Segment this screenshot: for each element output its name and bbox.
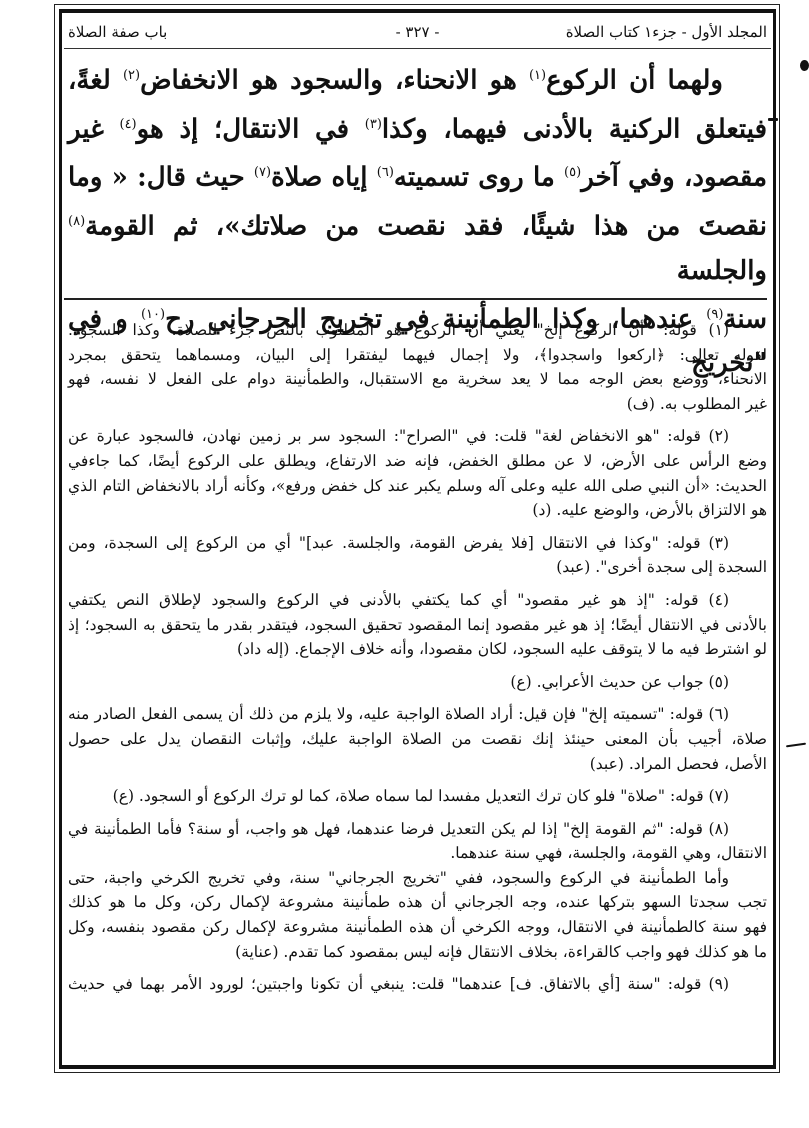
footnote-line: الحديث: «أن النبي صلى الله عليه وعلى آله… xyxy=(68,474,767,499)
footnote-line: (٤) قوله: "إذ هو غير مقصود" أي كما يكتفي… xyxy=(68,588,767,613)
footnote-marker[interactable]: (٥) xyxy=(564,165,581,180)
footnote-marker[interactable]: (٦) xyxy=(377,165,394,180)
footnote-line: لقوله تعالى: ﴿اركعوا واسجدوا﴾، ولا إجمال… xyxy=(68,343,767,368)
footnote-line: (٥) جواب عن حديث الأعرابي. (ع) xyxy=(68,670,767,695)
footnote-line: الانتقال، وهي القومة، والجلسة، فهي سنة ع… xyxy=(68,841,767,866)
header-divider xyxy=(64,48,771,49)
main-text-segment: إياه صلاة xyxy=(271,163,377,193)
main-text-segment: غير xyxy=(68,114,119,144)
footnote-marker[interactable]: (١) xyxy=(529,68,546,83)
main-text-line: ولهما أن الركوع(١) هو الانحناء، والسجود … xyxy=(68,54,767,103)
footnote-line: صلاة، أجيب بأن المعنى حينئذ إنك نقصت من … xyxy=(68,727,767,752)
footnote-marker[interactable]: (٧) xyxy=(254,165,271,180)
footnote-line: ما هو كذلك فهو واجب كالقراءة، بخلاف الان… xyxy=(68,940,767,965)
main-text-segment: هو الانحناء، والسجود هو الانخفاض xyxy=(140,66,529,96)
main-text-segment: لغةً، xyxy=(68,66,123,96)
footnote-line: (٣) قوله: "وكذا في الانتقال [فلا يفرض ال… xyxy=(68,531,767,556)
scan-artifact xyxy=(800,60,809,71)
footnotes-section: (١) قوله: "أن الركوع إلخ" يعني أن الركوع… xyxy=(68,318,767,1005)
footnote-line: فهو سنة كالطمأنينة في الانتقال، ووجه الك… xyxy=(68,915,767,940)
footnote: (٣) قوله: "وكذا في الانتقال [فلا يفرض ال… xyxy=(68,531,767,580)
footnote-line: غير المطلوب به. (ف) xyxy=(68,392,767,417)
scan-artifact xyxy=(786,743,806,748)
footnote: (٩) قوله: "سنة [أي بالاتفاق. ف] عندهما" … xyxy=(68,972,767,997)
main-text-line: نقصتَ من هذا شيئًا، فقد نقصت من صلاتك»، … xyxy=(68,200,767,293)
footnote-separator xyxy=(64,298,767,300)
footnote: (٤) قوله: "إذ هو غير مقصود" أي كما يكتفي… xyxy=(68,588,767,662)
main-text-segment: ولهما أن الركوع xyxy=(546,66,723,96)
footnote-line: وضع الرأس على الأرض، لا عن مطلق الخفض، ف… xyxy=(68,449,767,474)
footnote-line: هو الالتزاق بالأرض، والوضع عليه. (د) xyxy=(68,498,767,523)
footnote-line: لو اشترط فيه ما لا يتوقف عليه السجود، لك… xyxy=(68,637,767,662)
footnote-line: (٦) قوله: "تسميته إلخ" فإن قيل: أراد الص… xyxy=(68,702,767,727)
footnote-line: (١) قوله: "أن الركوع إلخ" يعني أن الركوع… xyxy=(68,318,767,343)
footnote: (٨) قوله: "ثم القومة إلخ" إذا لم يكن الت… xyxy=(68,817,767,866)
main-text-segment: في الانتقال؛ إذ هو xyxy=(137,114,365,144)
footnote-line: تجب سجدتا السهو بتركها عنده، وجه الجرجان… xyxy=(68,890,767,915)
running-header: المجلد الأول - جزء١ كتاب الصلاة - ٣٢٧ - … xyxy=(64,20,771,44)
footnote-line: (٩) قوله: "سنة [أي بالاتفاق. ف] عندهما" … xyxy=(68,972,767,997)
scan-artifact xyxy=(768,118,778,121)
footnote-marker[interactable]: (٣) xyxy=(365,117,382,132)
main-text-segment: حيث قال: « وما xyxy=(68,163,254,193)
footnote-marker[interactable]: (٢) xyxy=(123,68,140,83)
main-text-segment: نقصتَ من هذا شيئًا، فقد نقصت من صلاتك»، … xyxy=(85,212,767,242)
footnote: وأما الطمأنينة في الركوع والسجود، ففي "ت… xyxy=(68,866,767,964)
main-text-segment: والجلسة xyxy=(677,256,767,286)
footnote-line: الانحناء، ووضع بعض الوجه مما لا يعد سخري… xyxy=(68,367,767,392)
footnote-line: بالأدنى في الانتقال أيضًا؛ إذ هو غير مقص… xyxy=(68,613,767,638)
footnote: (٢) قوله: "هو الانخفاض لغة" قلت: في "الص… xyxy=(68,424,767,522)
footnote-line: الأصل، فحصل المراد. (عبد) xyxy=(68,752,767,777)
footnote-marker[interactable]: (٨) xyxy=(68,214,85,229)
main-text-segment: ما روى تسميته xyxy=(394,163,564,193)
book-page: المجلد الأول - جزء١ كتاب الصلاة - ٣٢٧ - … xyxy=(64,14,771,1064)
main-text-segment: مقصود، وفي آخر xyxy=(581,163,767,193)
footnote-marker[interactable]: (٤) xyxy=(119,117,136,132)
main-text-segment: فيتعلق الركنية بالأدنى فيهما، وكذا xyxy=(382,114,767,144)
footnote-line: (٨) قوله: "ثم القومة إلخ" إذا لم يكن الت… xyxy=(68,817,767,842)
footnote-line: (٧) قوله: "صلاة" فلو كان ترك التعديل مفس… xyxy=(68,784,767,809)
footnote-line: السجدة إلى سجدة أخرى". (عبد) xyxy=(68,555,767,580)
main-text-line: فيتعلق الركنية بالأدنى فيهما، وكذا(٣) في… xyxy=(68,103,767,152)
footnote-line: وأما الطمأنينة في الركوع والسجود، ففي "ت… xyxy=(68,866,767,891)
page-number: - ٣٢٧ - xyxy=(64,20,771,44)
footnote: (٦) قوله: "تسميته إلخ" فإن قيل: أراد الص… xyxy=(68,702,767,776)
header-chapter-title: باب صفة الصلاة xyxy=(68,20,167,44)
footnote: (٥) جواب عن حديث الأعرابي. (ع) xyxy=(68,670,767,695)
footnote: (٧) قوله: "صلاة" فلو كان ترك التعديل مفس… xyxy=(68,784,767,809)
footnote-line: (٢) قوله: "هو الانخفاض لغة" قلت: في "الص… xyxy=(68,424,767,449)
footnote: (١) قوله: "أن الركوع إلخ" يعني أن الركوع… xyxy=(68,318,767,416)
main-text-line: مقصود، وفي آخر(٥) ما روى تسميته(٦) إياه … xyxy=(68,151,767,200)
